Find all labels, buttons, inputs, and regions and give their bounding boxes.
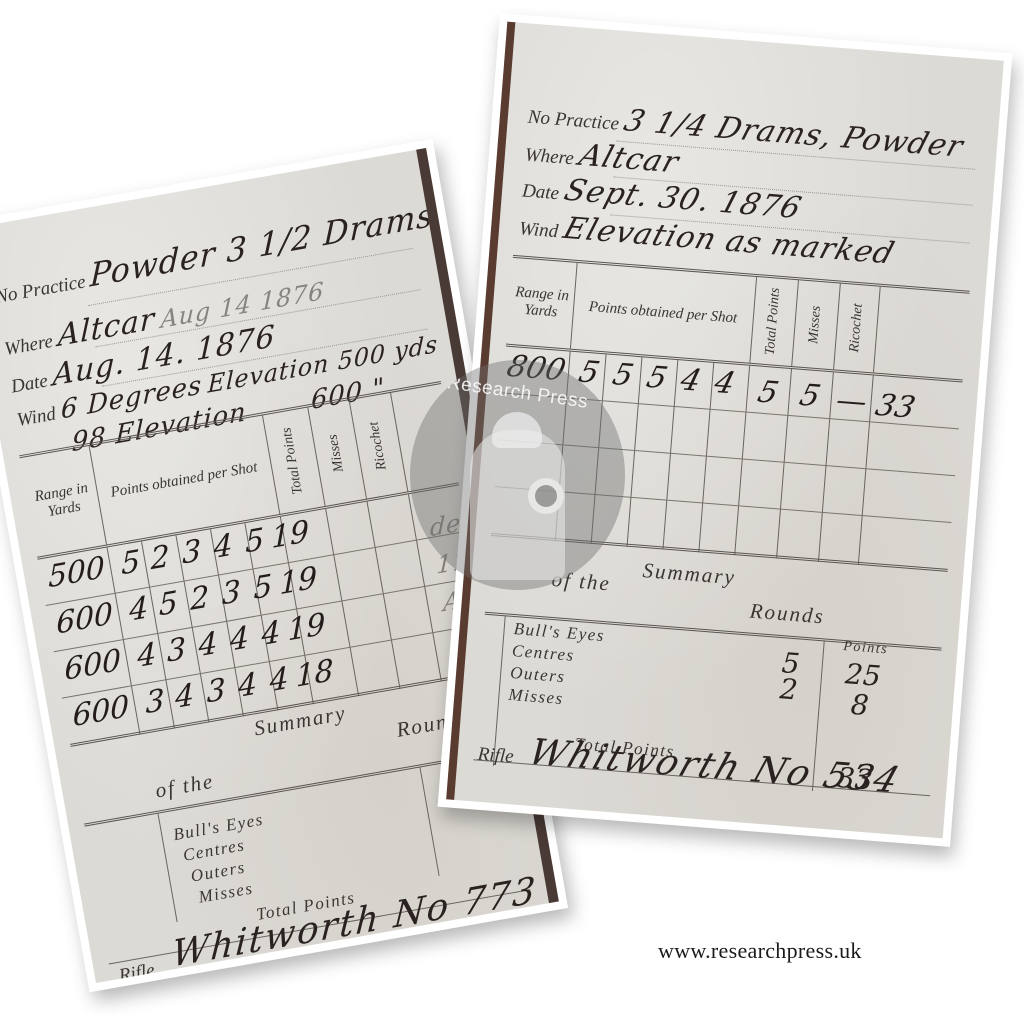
misses-cell: — [826, 382, 877, 420]
summary-row-label: Misses [508, 685, 565, 709]
header-points-text: Points obtained per Shot [588, 298, 738, 327]
rifle-label: Rifle [117, 960, 156, 983]
header-ricochet-text: Ricochet [366, 420, 390, 471]
total-cell: 18 [294, 652, 335, 695]
research-press-watermark: Research Press [410, 360, 625, 590]
summary-row-label: Outers [509, 663, 566, 687]
date-label: Date [9, 370, 49, 398]
where-label: Where [524, 144, 574, 170]
header-total-text: Total Points [763, 287, 784, 356]
summary-count: 2 [779, 672, 799, 706]
summary-row-label: Centres [511, 641, 575, 666]
summary-of-the: of the [153, 769, 216, 804]
website-url: www.researchpress.uk [658, 938, 862, 964]
total-cell: 19 [286, 606, 327, 649]
points-header: Points [843, 639, 889, 658]
total-cell: 19 [269, 514, 310, 557]
header-ricochet-text: Ricochet [847, 303, 867, 353]
wind-label: Wind [15, 404, 57, 432]
where-label: Where [3, 331, 55, 361]
marksman-head-icon [492, 412, 542, 448]
total-cell: 33 [870, 388, 921, 426]
header-points: Points obtained per Shot [570, 263, 757, 363]
summary-points: 8 [850, 688, 870, 722]
header-range-text: Range in Yards [25, 479, 100, 525]
header-points-text: Points obtained per Shot [109, 459, 258, 502]
practice-label: No Practice [0, 271, 87, 309]
summary-title: Summary [642, 558, 737, 590]
rifle-muzzle-icon [528, 478, 564, 514]
header-total-text: Total Points [280, 426, 307, 495]
practice-label: No Practice [527, 107, 620, 136]
summary-rounds: Rounds [749, 599, 826, 630]
header-misses-text: Misses [325, 433, 347, 473]
total-cell: 19 [278, 560, 319, 603]
rifle-label: Rifle [477, 744, 515, 769]
header-ricochet: Ricochet [833, 284, 881, 373]
header-range: Range in Yards [506, 258, 578, 349]
header-misses-text: Misses [806, 305, 825, 344]
wind-label: Wind [518, 218, 559, 243]
shot-cell: 4 [699, 364, 750, 402]
header-range-text: Range in Yards [508, 284, 574, 323]
date-label: Date [521, 180, 560, 205]
summary-points: 25 [844, 657, 882, 693]
